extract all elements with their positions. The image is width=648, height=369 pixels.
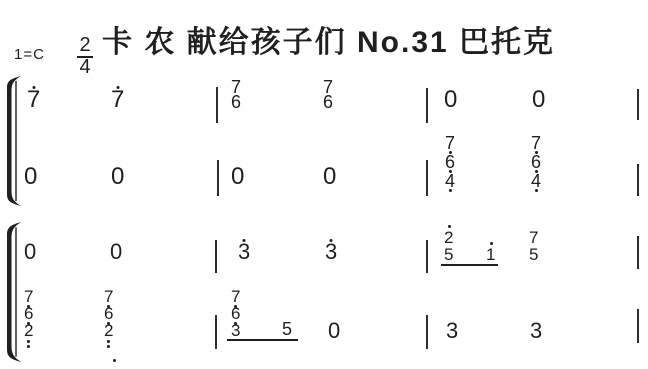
chord: 7 6 3: [231, 291, 240, 337]
note-digit: 7: [111, 86, 124, 113]
chord: 7 6: [231, 80, 241, 110]
chord-note: 4: [531, 174, 541, 188]
barline: [426, 160, 428, 196]
system-bracket-icon: [3, 76, 23, 206]
octave-dot-below: [449, 189, 452, 192]
note-digit: 3: [530, 320, 542, 342]
chord: 7 6: [323, 80, 333, 110]
chord-note: 5: [529, 246, 538, 263]
chord: 7 6 4: [445, 136, 455, 193]
chord-note: 7: [529, 229, 538, 246]
octave-dot-above: [243, 239, 246, 242]
beam-line: [227, 339, 298, 341]
octave-dot-above: [32, 86, 35, 89]
beam-line: [441, 264, 498, 266]
chord-note: 6: [323, 95, 333, 110]
chord-note: 2: [24, 325, 33, 337]
rest-note: 0: [111, 165, 124, 189]
chord-note: 3: [231, 325, 240, 337]
chord-note: 7: [24, 291, 33, 303]
octave-dot-below: [113, 359, 116, 362]
barline: [637, 89, 639, 120]
note: 3: [238, 241, 250, 263]
page-title: 卡 农 献给孩子们 No.31 巴托克: [102, 17, 555, 61]
note-digit: 3: [446, 320, 458, 342]
chord: 7 6 2: [104, 291, 113, 348]
chord-note: 6: [231, 95, 241, 110]
chord: 7 6 2: [24, 291, 33, 348]
chord-note: 7: [531, 136, 541, 150]
barline: [216, 87, 218, 123]
rest-note: 0: [532, 88, 545, 112]
note: 7: [111, 88, 124, 112]
chord-note: 2: [104, 325, 113, 337]
chord-note: 6: [445, 155, 455, 169]
chord-note: 2: [444, 229, 453, 246]
barline: [217, 160, 219, 196]
barline: [215, 315, 217, 349]
chord-note: 7: [445, 136, 455, 150]
rest-note: 0: [328, 320, 340, 342]
rest-note: 0: [24, 241, 36, 263]
note-digit: 3: [325, 239, 337, 264]
octave-dot-above: [116, 86, 119, 89]
octave-dot-below: [27, 340, 30, 343]
system-bracket-icon: [3, 222, 23, 362]
chord-note: 6: [231, 308, 240, 320]
barline: [426, 88, 428, 123]
chord-note: 6: [531, 155, 541, 169]
rest-note: 0: [24, 165, 37, 189]
octave-dot-above: [330, 239, 333, 242]
octave-dot-below: [107, 345, 110, 348]
barline: [637, 309, 639, 343]
time-signature-numerator: 2: [74, 37, 96, 54]
chord-note: 5: [444, 246, 453, 263]
time-signature-denominator: 4: [74, 59, 96, 76]
note-digit: 1: [486, 246, 495, 263]
chord-note: 7: [231, 291, 240, 303]
note-digit: 5: [282, 320, 292, 338]
rest-note: 0: [444, 88, 457, 112]
barline: [215, 240, 217, 273]
chord: 7 6 4: [531, 136, 541, 193]
score-sheet: 1=C 2 4 卡 农 献给孩子们 No.31 巴托克 7 7 7 6 7 6 …: [0, 0, 648, 369]
barline: [637, 236, 639, 269]
octave-dot-below: [107, 340, 110, 343]
note: 3: [325, 241, 337, 263]
barline: [426, 240, 428, 273]
time-signature: 2 4: [74, 37, 96, 76]
chord-note: 6: [24, 308, 33, 320]
barline: [637, 164, 639, 196]
chord-note: 7: [104, 291, 113, 303]
octave-dot-below: [535, 189, 538, 192]
octave-dot-below: [27, 345, 30, 348]
note-digit: 7: [27, 86, 40, 113]
barline: [426, 315, 428, 349]
chord-note: 6: [104, 308, 113, 320]
rest-note: 0: [323, 165, 336, 189]
rest-note: 0: [110, 241, 122, 263]
note-digit: 3: [238, 239, 250, 264]
rest-note: 0: [231, 165, 244, 189]
key-signature: 1=C: [14, 46, 45, 63]
chord-note: 4: [445, 174, 455, 188]
note: 7: [27, 88, 40, 112]
